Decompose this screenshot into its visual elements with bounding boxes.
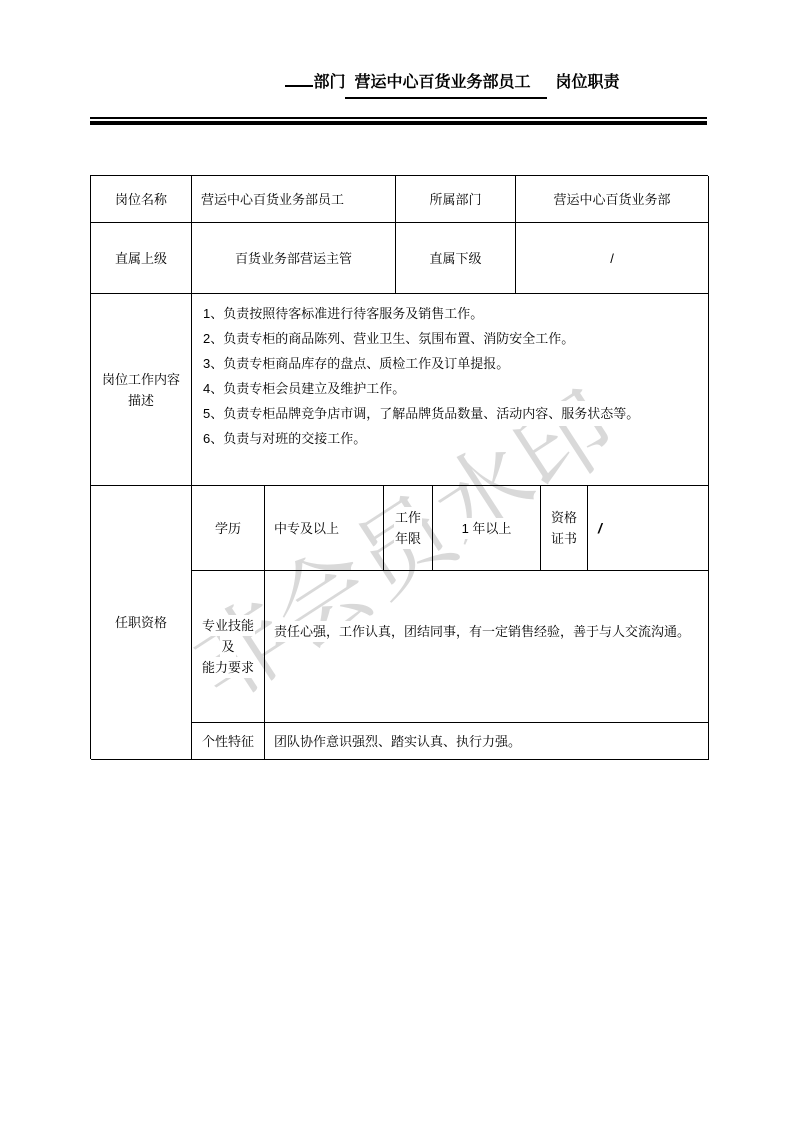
document-page: 非会员水印 部门营运中心百货业务部员工岗位职责 岗位名称 营运中心百货业务部员工… xyxy=(0,0,793,1122)
duty-item-2: 2、负责专柜的商品陈列、营业卫生、氛围布置、消防安全工作。 xyxy=(202,326,575,351)
divider-rule-thin xyxy=(90,117,707,119)
duty-item-3: 3、负责专柜商品库存的盘点、质检工作及订单提报。 xyxy=(202,351,510,376)
subordinate-label: 直属下级 xyxy=(428,248,482,269)
position-name-label-cell: 岗位名称 xyxy=(91,176,192,223)
experience-label-line1: 工作 xyxy=(394,507,422,528)
department-value: 营运中心百货业务部 xyxy=(552,189,671,210)
qualifications-label: 任职资格 xyxy=(114,612,168,633)
certificate-label-line2: 证书 xyxy=(550,528,578,549)
skills-label-cell: 专业技能 及 能力要求 xyxy=(192,571,265,723)
duty-item-5: 5、负责专柜品牌竞争店市调，了解品牌货品数量、活动内容、服务状态等。 xyxy=(202,401,640,426)
divider-rule-thick xyxy=(90,121,707,125)
duty-item-1: 1、负责按照待客标准进行待客服务及销售工作。 xyxy=(202,301,484,326)
superior-label: 直属上级 xyxy=(114,248,168,269)
education-value-cell: 中专及以上 xyxy=(265,486,384,571)
title-department-label: 部门 xyxy=(313,74,345,91)
experience-label-cell: 工作 年限 xyxy=(384,486,433,571)
certificate-value-cell: / xyxy=(588,486,709,571)
duties-label-line2: 描述 xyxy=(127,390,155,411)
subordinate-value-cell: / xyxy=(516,223,709,294)
document-title: 部门营运中心百货业务部员工岗位职责 xyxy=(0,70,793,99)
title-position-underlined: 营运中心百货业务部员工 xyxy=(345,70,546,99)
skills-value: 责任心强，工作认真，团结同事，有一定销售经验，善于与人交流沟通。 xyxy=(273,621,691,642)
certificate-label-cell: 资格 证书 xyxy=(541,486,588,571)
personality-label: 个性特征 xyxy=(201,731,255,752)
personality-value-cell: 团队协作意识强烈、踏实认真、执行力强。 xyxy=(265,723,709,760)
education-label: 学历 xyxy=(214,518,242,539)
personality-label-cell: 个性特征 xyxy=(192,723,265,760)
department-value-cell: 营运中心百货业务部 xyxy=(516,176,709,223)
education-label-cell: 学历 xyxy=(192,486,265,571)
duties-label-line1: 岗位工作内容 xyxy=(101,369,181,390)
subordinate-label-cell: 直属下级 xyxy=(396,223,516,294)
superior-value: 百货业务部营运主管 xyxy=(234,248,353,269)
skills-label-line2: 及 xyxy=(220,636,235,657)
department-label: 所属部门 xyxy=(428,189,482,210)
position-name-value: 营运中心百货业务部员工 xyxy=(200,189,345,210)
duties-content-cell: 1、负责按照待客标准进行待客服务及销售工作。 2、负责专柜的商品陈列、营业卫生、… xyxy=(192,294,709,486)
position-name-label: 岗位名称 xyxy=(114,189,168,210)
subordinate-value: / xyxy=(609,248,615,269)
duty-item-4: 4、负责专柜会员建立及维护工作。 xyxy=(202,376,406,401)
job-description-table: 岗位名称 营运中心百货业务部员工 所属部门 营运中心百货业务部 直属上级 百货业… xyxy=(90,175,708,759)
certificate-value: / xyxy=(597,518,603,539)
duties-label-cell: 岗位工作内容 描述 xyxy=(91,294,192,486)
skills-label-line1: 专业技能 xyxy=(201,615,255,636)
superior-value-cell: 百货业务部营运主管 xyxy=(192,223,396,294)
experience-label-line2: 年限 xyxy=(394,528,422,549)
certificate-label-line1: 资格 xyxy=(550,507,578,528)
personality-value: 团队协作意识强烈、踏实认真、执行力强。 xyxy=(273,731,522,752)
experience-value: 1 年以上 xyxy=(461,518,513,539)
qualifications-label-cell: 任职资格 xyxy=(91,486,192,760)
education-value: 中专及以上 xyxy=(273,518,340,539)
skills-label-line3: 能力要求 xyxy=(201,657,255,678)
superior-label-cell: 直属上级 xyxy=(91,223,192,294)
title-underline-blank xyxy=(285,71,313,87)
skills-value-cell: 责任心强，工作认真，团结同事，有一定销售经验，善于与人交流沟通。 xyxy=(265,571,709,723)
department-label-cell: 所属部门 xyxy=(396,176,516,223)
duty-item-6: 6、负责与对班的交接工作。 xyxy=(202,426,367,451)
position-name-value-cell: 营运中心百货业务部员工 xyxy=(192,176,396,223)
experience-value-cell: 1 年以上 xyxy=(433,486,541,571)
title-suffix: 岗位职责 xyxy=(556,74,620,91)
